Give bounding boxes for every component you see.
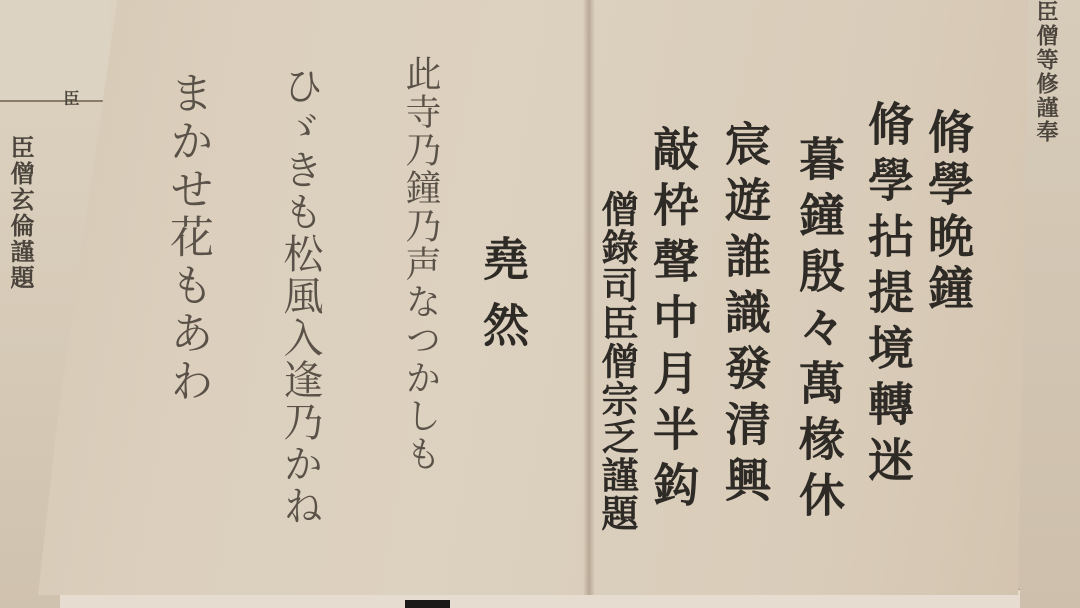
waka-line: まかせ花もあわ bbox=[165, 70, 209, 406]
poem-title: 脩學晩鐘 bbox=[925, 108, 971, 316]
bottom-dark-mark bbox=[405, 600, 450, 608]
poem-line: 暮鐘殷々萬椽休 bbox=[796, 135, 842, 527]
waka-line: 此寺乃鐘乃声なつかしも bbox=[402, 55, 438, 473]
page-fold bbox=[583, 0, 595, 600]
poem-line: 脩學拈提境轉迷 bbox=[865, 100, 911, 492]
background-left-signature: 臣僧玄倫謹題 bbox=[8, 135, 32, 291]
poem-line: 宸遊誰識發清興 bbox=[722, 120, 768, 512]
poem-line: 敲枠聲中月半鈎 bbox=[650, 125, 696, 517]
poem-signature: 僧錄司臣僧宗乏謹題 bbox=[598, 190, 635, 532]
waka-author: 堯然 bbox=[480, 235, 526, 367]
photo-scene: 臣僧玄倫謹題 臣 臣僧等修謹奉 脩學晩鐘 脩學拈提境轉迷 暮鐘殷々萬椽休 宸遊誰… bbox=[0, 0, 1080, 608]
background-left-fragment: 臣 bbox=[62, 90, 78, 106]
waka-line: ひゞきも松風入逢乃かね bbox=[280, 65, 320, 527]
background-sheet-left-top bbox=[0, 0, 110, 102]
background-right-signature: 臣僧等修謹奉 bbox=[1035, 0, 1057, 144]
